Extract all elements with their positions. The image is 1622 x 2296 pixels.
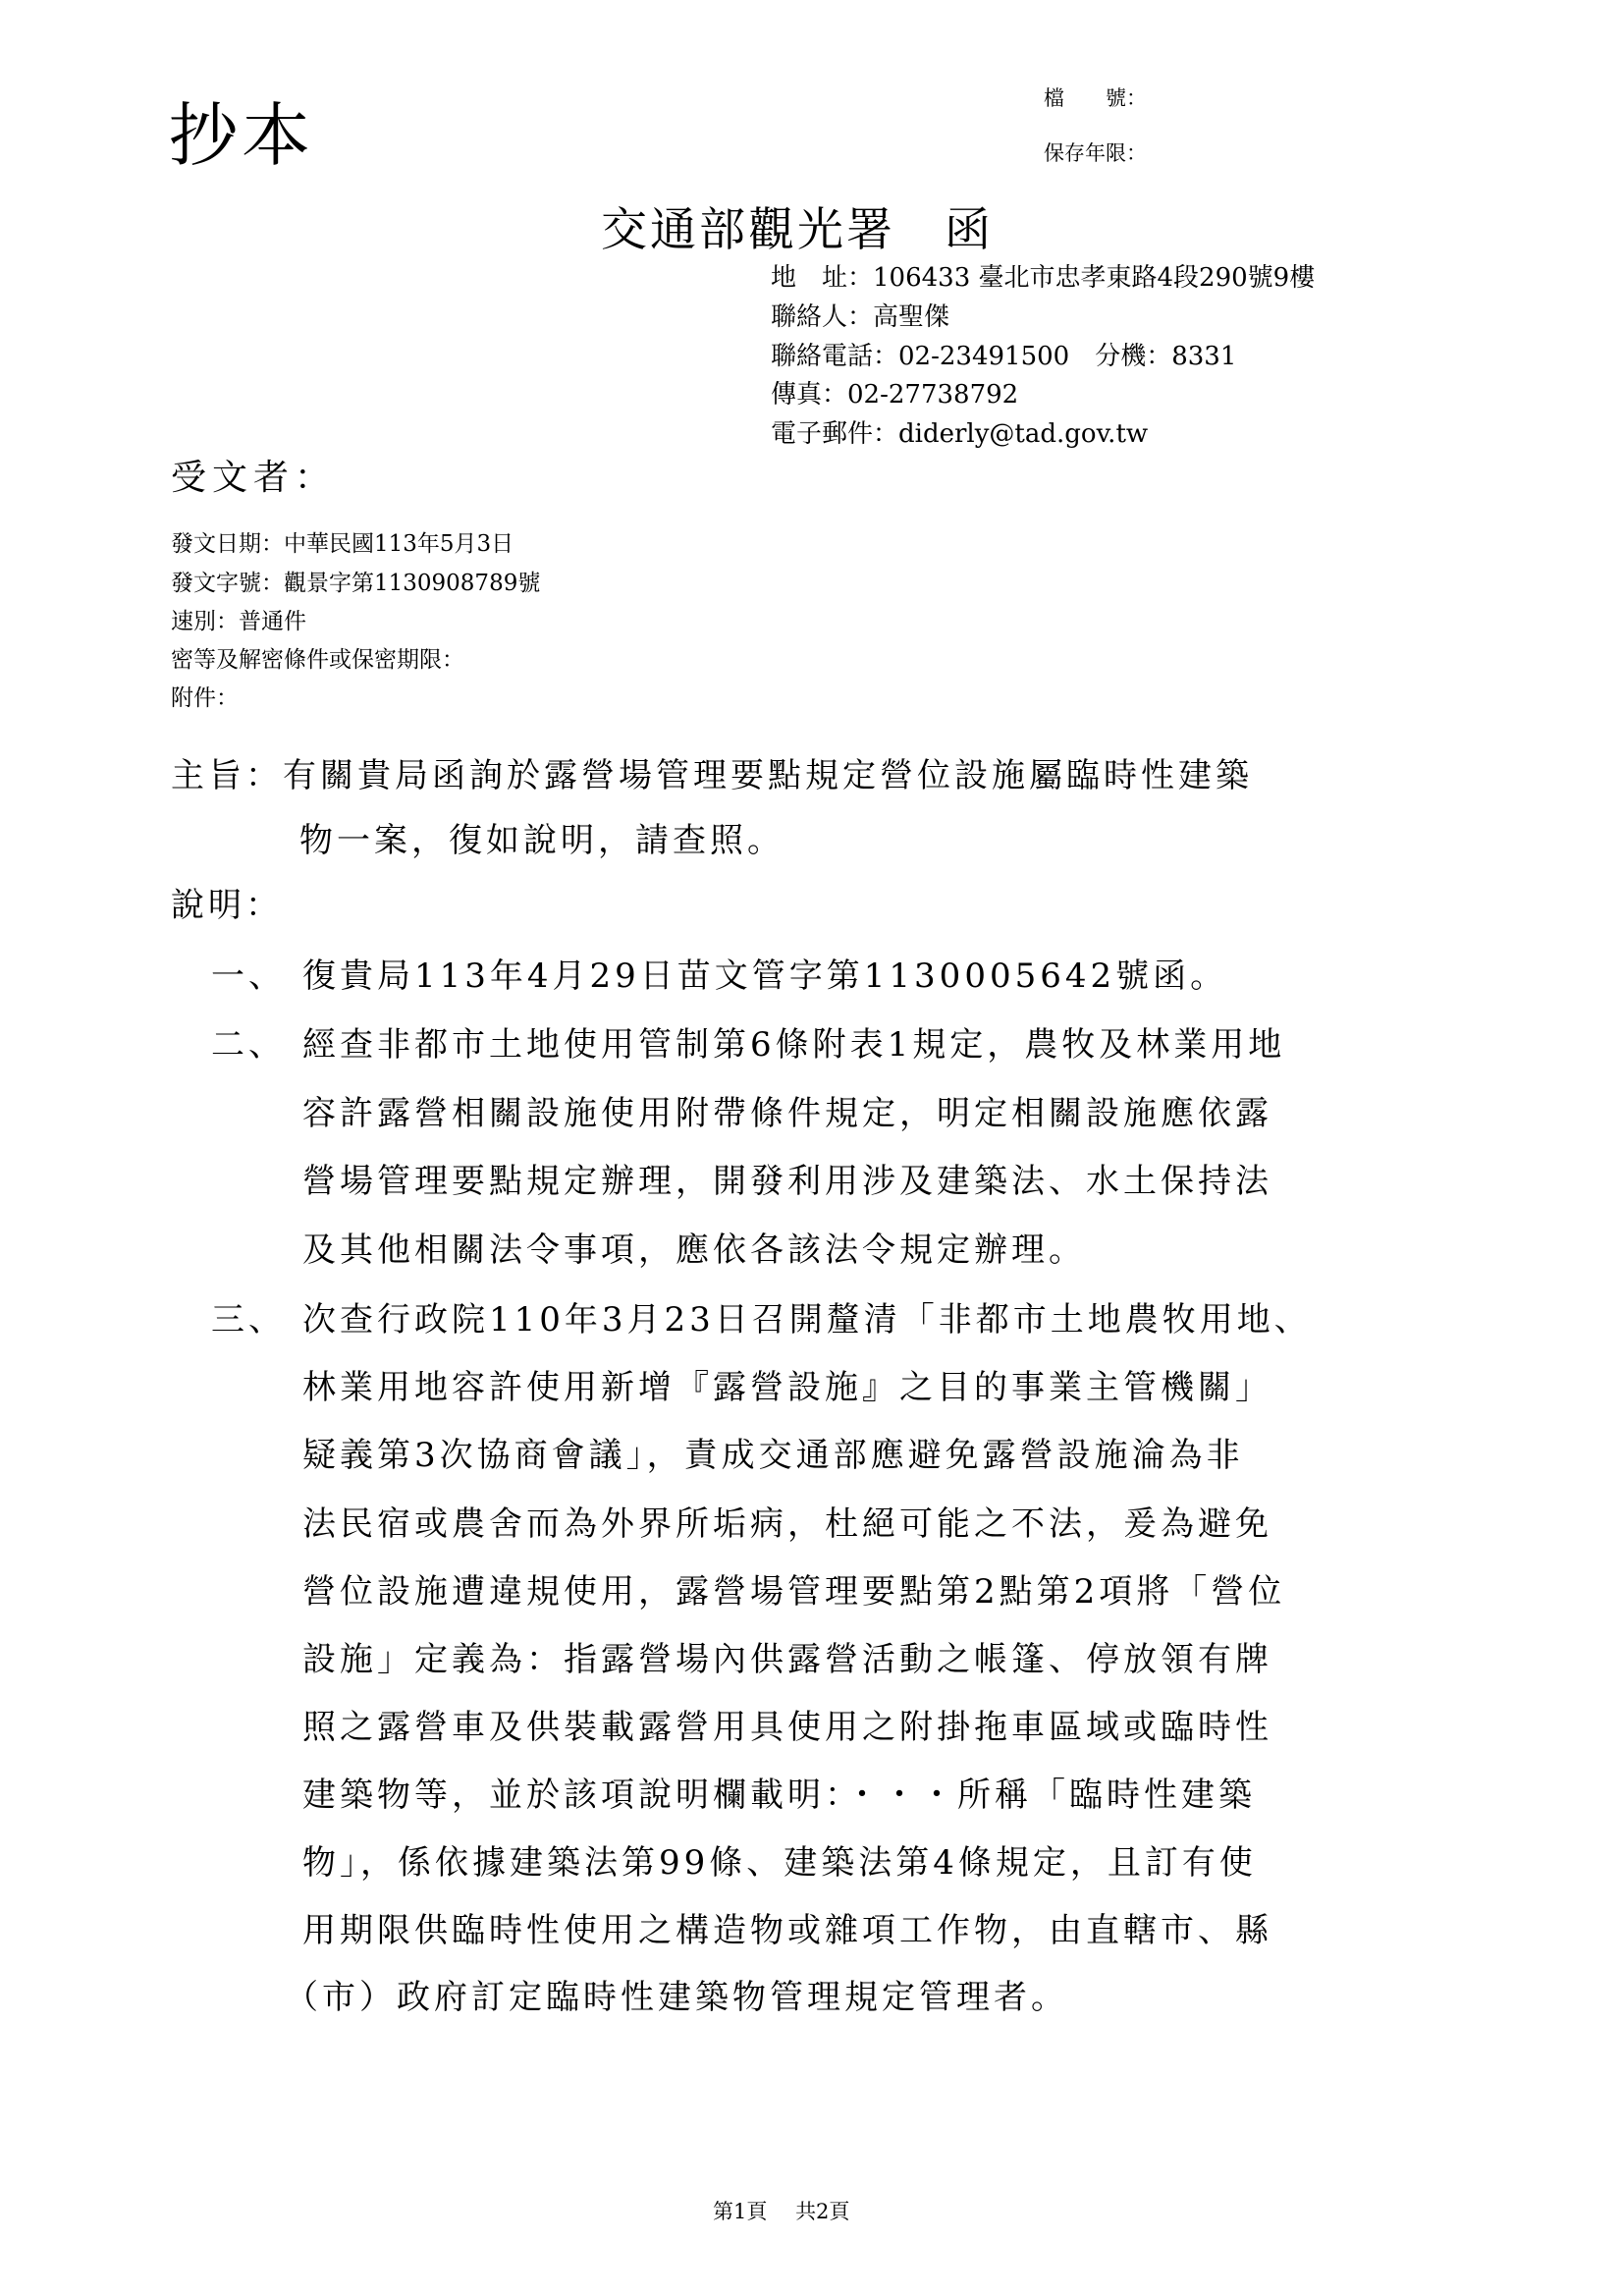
item-2-number: 二、 [211, 1017, 286, 1066]
item-3-line: 建築物等，並於該項說明欄載明：・・・所稱「臨時性建築 [302, 1768, 1256, 1816]
item-2-line: 容許露營相關設施使用附帶條件規定，明定相關設施應依露 [302, 1086, 1272, 1134]
item-3-line: 設施」定義為：指露營場內供露營活動之帳篷、停放領有牌 [302, 1632, 1272, 1680]
explanation-label: 說明： [171, 878, 283, 926]
item-3-line: （市）政府訂定臨時性建築物管理規定管理者。 [285, 1970, 1068, 2018]
item-3-line: 物」，係依據建築法第99條、建築法第4條規定，且訂有使 [302, 1835, 1257, 1884]
item-2-line: 營場管理要點規定辦理，開發利用涉及建築法、水土保持法 [302, 1154, 1272, 1202]
page-number: 第1頁 [713, 2200, 767, 2223]
contact-fax: 傳真：02-27738792 [771, 374, 1018, 410]
page-total: 共2頁 [795, 2200, 849, 2223]
document-number: 發文字號：觀景字第1130908789號 [171, 565, 540, 597]
item-3-line: 營位設施遭違規使用，露營場管理要點第2點第2項將「營位 [302, 1564, 1285, 1613]
item-3-line: 次查行政院110年3月23日召開釐清「非都市土地農牧用地、 [302, 1292, 1312, 1340]
item-3-line: 照之露營車及供裝載露營用具使用之附掛拖車區域或臨時性 [302, 1700, 1272, 1748]
file-number-label: 檔 號： [1044, 82, 1147, 112]
item-3-number: 三、 [211, 1292, 286, 1340]
copy-mark: 抄本 [169, 81, 314, 180]
contact-email: 電子郵件：diderly@tad.gov.tw [771, 413, 1148, 450]
contact-person: 聯絡人：高聖傑 [771, 297, 949, 333]
item-1-number: 一、 [211, 949, 286, 997]
issue-date: 發文日期：中華民國113年5月3日 [171, 525, 514, 558]
recipient-label: 受文者： [171, 450, 336, 500]
page-footer: 第1頁 共2頁 [713, 2196, 871, 2225]
retention-period-label: 保存年限： [1044, 137, 1147, 167]
security-level: 密等及解密條件或保密期限： [171, 641, 464, 674]
item-3-line: 林業用地容許使用新增『露營設施』之目的事業主管機關」 [302, 1360, 1272, 1408]
attachment-label: 附件： [171, 680, 239, 712]
contact-address: 地 址：106433 臺北市忠孝東路4段290號9樓 [771, 257, 1315, 294]
item-2-line: 經查非都市土地使用管制第6條附表1規定，農牧及林業用地 [302, 1017, 1285, 1066]
item-3-line: 用期限供臨時性使用之構造物或雜項工作物，由直轄市、縣 [302, 1903, 1272, 1951]
document-title: 交通部觀光署 函 [601, 193, 994, 259]
subject-line-2: 物一案，復如說明，請查照。 [299, 813, 784, 861]
item-3-line: 法民宿或農舍而為外界所垢病，杜絕可能之不法，爰為避免 [302, 1497, 1272, 1545]
item-3-line: 疑義第3次協商會議」，責成交通部應避免露營設施淪為非 [302, 1428, 1244, 1476]
item-1-line: 復貴局113年4月29日苗文管字第1130005642號函。 [302, 949, 1227, 997]
subject-line-1: 主旨：有關貴局函詢於露營場管理要點規定營位設施屬臨時性建築 [171, 748, 1253, 796]
item-2-line: 及其他相關法令事項，應依各該法令規定辦理。 [302, 1223, 1086, 1271]
delivery-speed: 速別：普通件 [171, 603, 306, 635]
contact-phone: 聯絡電話：02-23491500 分機：8331 [771, 336, 1236, 372]
